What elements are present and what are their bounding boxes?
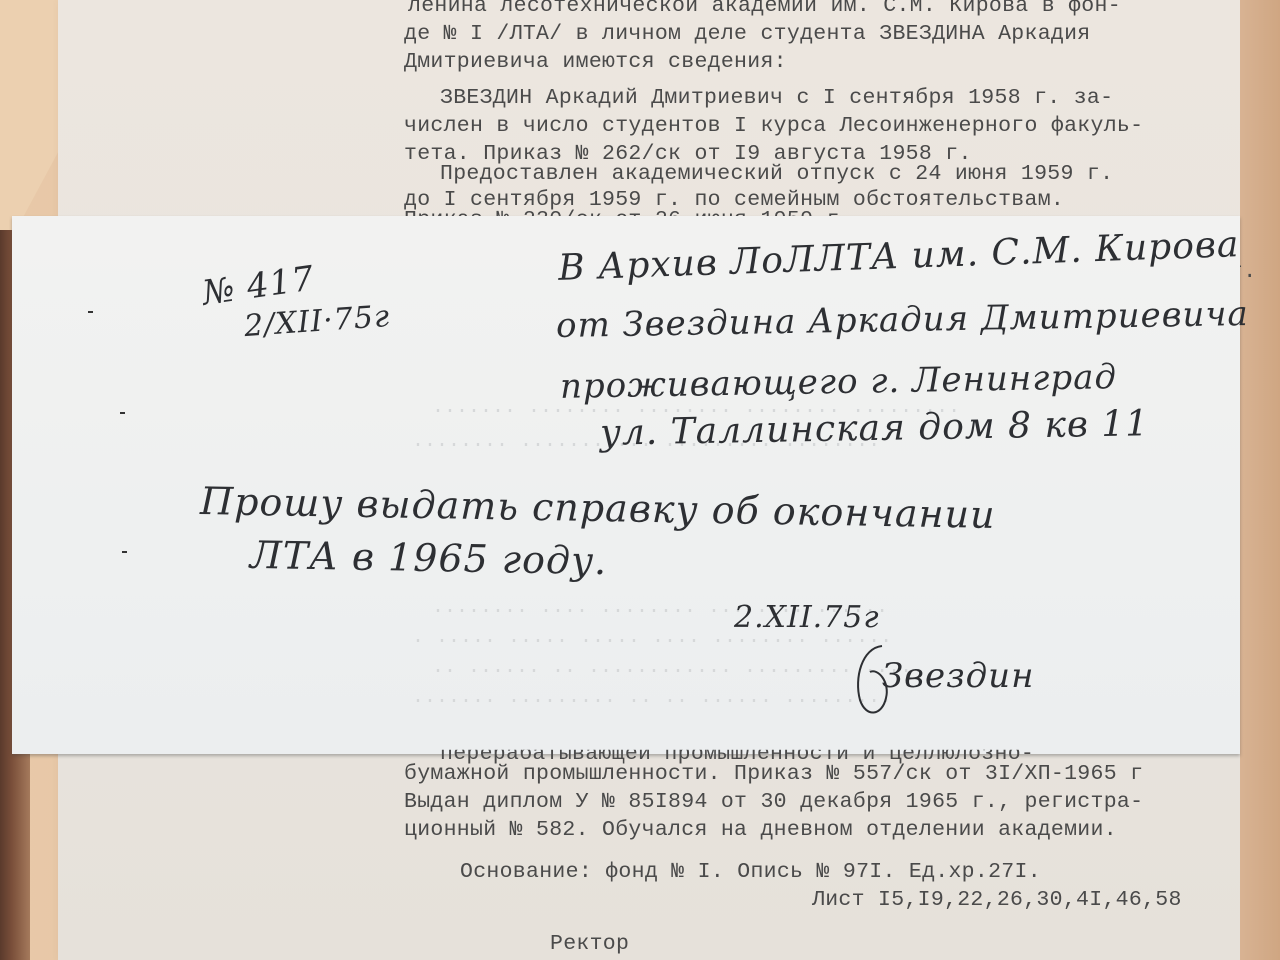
typed-line: ционный № 582. Обучался на дневном отдел… [404,816,1117,844]
folder-edge-right [1240,0,1280,960]
typed-line: бумажной промышленности. Приказ № 557/ск… [404,760,1143,788]
typed-line: числен в число студентов I курса Лесоинж… [404,112,1143,140]
typed-line: ЗВЕЗДИН Аркадий Дмитриевич с I сентября … [440,84,1113,112]
request-line: ЛТА в 1965 году. [250,533,608,583]
signed-date: 2.XII.75г [734,600,880,635]
signature: Звездин [852,638,1102,718]
typed-line: Предоставлен академический отпуск с 24 и… [440,160,1113,188]
typed-line: де № I /ЛТА/ в личном деле студента ЗВЕЗ… [404,20,1091,48]
typed-line: ленина лесотехнической академии им. С.М.… [408,0,1121,20]
basis-line: Основание: фонд № I. Опись № 97I. Ед.хр.… [460,858,1041,886]
signatory-title: Ректор [550,930,629,958]
typed-line: Дмитриевича имеются сведения: [404,48,787,76]
sheets-line: Лист I5,I9,22,26,30,4I,46,58 [812,886,1182,914]
signature-name: Звездин [882,656,1034,696]
typed-line: Выдан диплом У № 85I894 от 30 декабря 19… [404,788,1143,816]
